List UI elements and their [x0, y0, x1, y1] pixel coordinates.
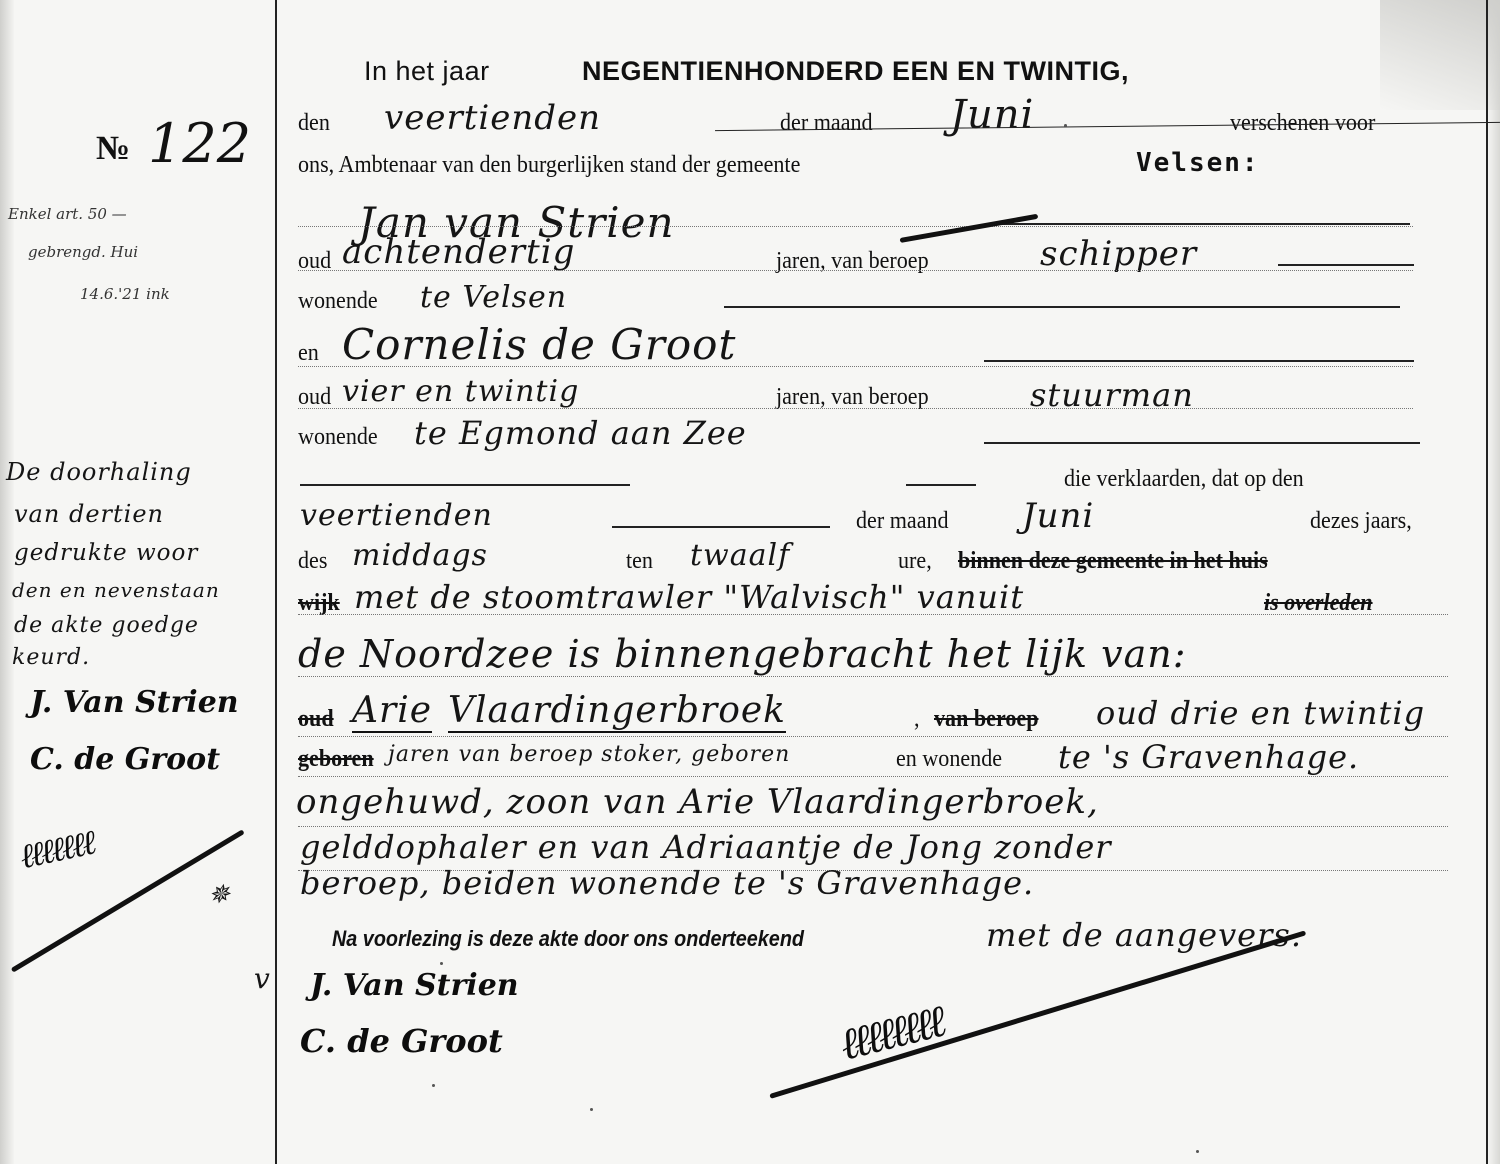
correction-note-line: gedrukte woor: [14, 540, 198, 566]
scan-edge-right: [1488, 0, 1500, 1164]
ruled-line: [298, 776, 1448, 777]
closing-printed-text: Na voorlezing is deze akte door ons onde…: [332, 926, 804, 952]
label-den: den: [298, 110, 330, 137]
label-verklaarden: die verklaarden, dat op den: [1064, 466, 1304, 493]
margin-border-line: [275, 0, 277, 1164]
label-ten: ten: [626, 548, 653, 575]
initial-mark-icon: ✵: [208, 880, 231, 910]
fill-line: [300, 484, 630, 486]
struck-text: oud: [298, 706, 334, 733]
ruled-line: [298, 366, 1413, 367]
fill-line: [906, 484, 976, 486]
correction-note-line: van dertien: [14, 500, 164, 528]
correction-note-line: de akte goedge: [14, 613, 199, 638]
label-jaren-beroep: jaren, van beroep: [776, 384, 929, 411]
fill-line: [612, 526, 830, 528]
declarant2-age: vier en twintig: [342, 374, 579, 409]
part-of-day: middags: [352, 538, 488, 573]
deceased-first-name: Arie: [352, 690, 432, 733]
scan-shading: [1380, 0, 1500, 110]
label-en-wonende: en wonende: [896, 746, 1002, 773]
ruled-line: [298, 270, 1413, 271]
label-der-maand: der maand: [856, 508, 949, 535]
comma: ,: [914, 706, 920, 733]
label-ure: ure,: [898, 548, 932, 575]
field-municipality: Velsen:: [1136, 148, 1260, 178]
struck-text: geboren: [298, 746, 374, 773]
fill-line: [984, 360, 1414, 362]
struck-text: is overleden: [1264, 590, 1373, 617]
death-place-line2: de Noordzee is binnengebracht het lijk v…: [298, 632, 1187, 676]
header-year: NEGENTIENHONDERD EEN EN TWINTIG,: [582, 56, 1129, 87]
deceased-parents-line2: gelddophaler en van Adriaantje de Jong z…: [300, 828, 1112, 866]
deceased-parents-line3: beroep, beiden wonende te 's Gravenhage.: [300, 864, 1034, 902]
scan-speck: [590, 1108, 593, 1111]
margin-signature-van-strien: J. Van Strien: [30, 685, 239, 720]
document-page: № 122 Enkel art. 50 — gebrengd. Hui 14.6…: [0, 0, 1500, 1164]
correction-note-line: den en nevenstaan: [12, 578, 220, 602]
deceased-occupation-birth: jaren van beroep stoker, geboren: [388, 742, 790, 767]
scan-speck: [1064, 124, 1067, 127]
death-hour: twaalf: [690, 538, 790, 573]
label-ambtenaar: ons, Ambtenaar van den burgerlijken stan…: [298, 152, 800, 179]
ruled-line: [298, 736, 1448, 737]
fill-line: [984, 442, 1420, 444]
label-wonende: wonende: [298, 424, 378, 451]
check-mark: v: [254, 962, 271, 995]
deceased-parents-line1: ongehuwd, zoon van Arie Vlaardingerbroek…: [296, 782, 1099, 822]
ruled-line: [298, 676, 1448, 677]
struck-text: van beroep: [934, 706, 1038, 733]
scan-speck: [1196, 1150, 1199, 1153]
signature-declarant-2: C. de Groot: [300, 1022, 503, 1060]
right-border-line: [1486, 0, 1488, 1164]
fill-line: [1278, 264, 1414, 266]
scan-speck: [440, 962, 443, 965]
label-wonende: wonende: [298, 288, 378, 315]
label-der-maand: der maand: [780, 110, 873, 137]
ruled-line: [298, 614, 1448, 615]
scan-speck: [432, 1084, 435, 1087]
death-place-line1: met de stoomtrawler "Walvisch" vanuit: [354, 578, 1024, 616]
struck-text: wijk: [298, 590, 340, 617]
ruled-line: [298, 226, 1413, 227]
fill-line: [990, 223, 1410, 225]
certificate-number: 122: [148, 112, 251, 175]
margin-note-line: gebrengd. Hui: [28, 243, 138, 261]
declarant1-residence: te Velsen: [420, 280, 567, 315]
label-oud: oud: [298, 384, 331, 411]
margin-note-line: 14.6.'21 ink: [80, 285, 170, 303]
margin-official-signature: ℓℓℓℓℓℓℓ: [17, 823, 97, 877]
death-day: veertienden: [300, 498, 493, 533]
death-month: Juni: [1022, 496, 1094, 536]
field-day: veertienden: [384, 98, 601, 138]
field-month: Juni: [950, 92, 1034, 138]
signature-flourish: [769, 930, 1306, 1099]
fill-line: [724, 306, 1400, 308]
declarant2-name: Cornelis de Groot: [342, 320, 736, 369]
ruled-line: [298, 408, 1413, 409]
declarant2-residence: te Egmond aan Zee: [414, 414, 747, 452]
declarant1-age: achtendertig: [342, 232, 575, 272]
margin-signature-de-groot: C. de Groot: [30, 742, 220, 777]
label-en: en: [298, 340, 319, 367]
label-dezes-jaars: dezes jaars,: [1310, 508, 1412, 535]
ink-correction-stroke: [900, 214, 1039, 243]
deceased-surname: Vlaardingerbroek: [448, 690, 786, 733]
label-des: des: [298, 548, 327, 575]
declarant1-occupation: schipper: [1040, 234, 1197, 274]
correction-note-line: De doorhaling: [6, 458, 192, 486]
correction-note-line: keurd.: [12, 645, 90, 670]
number-label: №: [96, 130, 130, 168]
header-prefix: In het jaar: [364, 56, 490, 87]
struck-text: binnen deze gemeente in het huis: [958, 548, 1268, 575]
ruled-line: [298, 826, 1448, 827]
signature-declarant-1: J. Van Strien: [310, 968, 519, 1003]
margin-note-line: Enkel art. 50 —: [8, 205, 127, 223]
deceased-age: oud drie en twintig: [1096, 694, 1425, 732]
deceased-residence: te 's Gravenhage.: [1058, 738, 1359, 776]
